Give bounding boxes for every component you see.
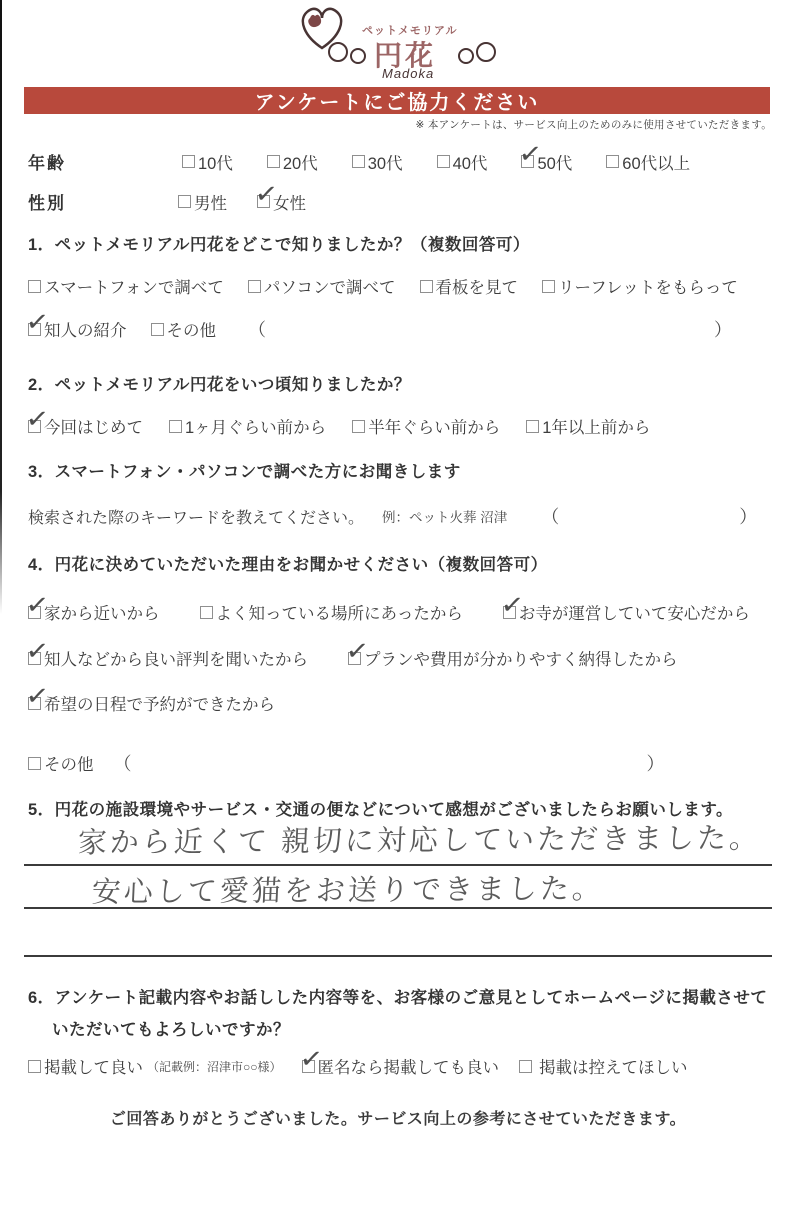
checkbox-icon[interactable] [437,155,450,168]
q2-option[interactable]: 1年以上前から [526,414,650,438]
checkbox-icon[interactable] [352,420,365,433]
handwritten-answer-line2: 安心して愛猫をお送りできました。 [91,866,605,911]
q1-option[interactable]: リーフレットをもらって [542,274,738,298]
checkbox-icon[interactable] [28,652,41,665]
q4-options-row2: 知人などから良い評判を聞いたから プランや費用が分かりやすく納得したから [28,646,678,670]
brand-roman: Madoka [382,66,434,81]
checkbox-icon[interactable] [28,1060,41,1073]
q6-title-line1: 6．アンケート記載内容やお話しした内容等を、お客様のご意見としてホームページに掲… [28,984,767,1008]
q6-options-row: 掲載して良い （記載例：沼津市○○様） 匿名なら掲載しても良い 掲載は控えてほし… [28,1054,688,1078]
open-paren: （ [541,503,559,529]
q1-option-other[interactable]: その他 [151,317,217,341]
close-paren: ） [714,316,732,342]
q3-example: 例：ペット火葬 沼津 [382,506,507,526]
open-paren: （ [248,316,266,342]
gender-option[interactable]: 女性 [257,190,306,214]
checkbox-icon[interactable] [267,155,280,168]
age-option[interactable]: 50代 [521,150,572,174]
banner: アンケートにご協力ください [24,87,770,114]
q3-row: 検索された際のキーワードを教えてください。 例：ペット火葬 沼津 （ ） [28,503,757,529]
checkbox-icon[interactable] [28,420,41,433]
q6-option[interactable]: 匿名なら掲載しても良い [302,1054,500,1078]
checkbox-icon[interactable] [28,697,41,710]
checkbox-icon[interactable] [348,652,361,665]
checkbox-icon[interactable] [28,757,41,770]
checkbox-icon[interactable] [28,606,41,619]
age-option[interactable]: 30代 [352,150,403,174]
q6-option[interactable]: 掲載は控えてほしい [519,1054,688,1078]
gender-row: 性別 男性 女性 [28,189,306,214]
q6-title-line2: いただいてもよろしいですか？ [52,1016,290,1040]
q4-option[interactable]: 希望の日程で予約ができたから [28,691,275,715]
q2-option[interactable]: 今回はじめて [28,414,143,438]
checkbox-icon[interactable] [519,1060,532,1073]
age-option[interactable]: 20代 [267,150,318,174]
checkbox-icon[interactable] [178,195,191,208]
q2-options-row: 今回はじめて 1ヶ月ぐらい前から 半年ぐらい前から 1年以上前から [28,414,650,438]
close-paren: ） [739,503,757,529]
q1-option[interactable]: スマートフォンで調べて [28,274,224,298]
age-row: 年齢 10代 20代 30代 40代 50代 60代以上 [28,149,690,174]
q4-option-other[interactable]: その他 [28,751,94,775]
q6-option-note: （記載例：沼津市○○様） [147,1058,282,1075]
handwritten-answer-line1: 家から近くて 親切に対応していただきました。 [77,816,762,862]
checkbox-icon[interactable] [28,323,41,336]
checkbox-icon[interactable] [182,155,195,168]
q2-title: 2．ペットメモリアル円花をいつ頃知りましたか？ [28,371,411,395]
checkbox-icon[interactable] [151,323,164,336]
usage-note: ※ 本アンケートは、サービス向上のためのみに使用させていただきます。 [416,117,772,132]
q4-options-row1: 家から近いから よく知っている場所にあったから お寺が運営していて安心だから [28,600,750,624]
checkbox-icon[interactable] [257,195,270,208]
q1-option[interactable]: 看板を見て [420,274,519,298]
q4-option[interactable]: プランや費用が分かりやすく納得したから [348,646,678,670]
q4-options-row3: 希望の日程で予約ができたから [28,691,275,715]
q3-title: 3．スマートフォン・パソコンで調べた方にお聞きします [28,458,461,482]
checkbox-icon[interactable] [352,155,365,168]
bone-swirl-icon [454,40,498,70]
q4-other-row: その他 （ ） [28,750,665,776]
scan-artifact-left-edge [0,0,2,614]
banner-title: アンケートにご協力ください [255,86,540,115]
q4-option[interactable]: 知人などから良い評判を聞いたから [28,646,308,670]
brand-logo: ペットメモリアル 円花 Madoka [278,6,518,82]
q1-title: 1．ペットメモリアル円花をどこで知りましたか？（複数回答可） [28,231,530,255]
checkbox-icon[interactable] [542,280,555,293]
q1-options-row2: 知人の紹介 その他 （ ） [28,316,732,342]
q1-option[interactable]: 知人の紹介 [28,317,127,341]
checkbox-icon[interactable] [248,280,261,293]
gender-label: 性別 [28,189,148,214]
q4-option[interactable]: 家から近いから [28,600,160,624]
answer-line[interactable] [24,955,772,957]
checkbox-icon[interactable] [420,280,433,293]
q6-option[interactable]: 掲載して良い （記載例：沼津市○○様） [28,1054,282,1078]
thanks-message: ご回答ありがとうございました。サービス向上の参考にさせていただきます。 [0,1106,796,1129]
survey-sheet: ペットメモリアル 円花 Madoka アンケートにご協力ください ※ 本アンケー… [0,0,796,1224]
bone-swirl-icon [326,40,370,70]
checkbox-icon[interactable] [28,280,41,293]
q4-option[interactable]: よく知っている場所にあったから [200,600,463,624]
q2-option[interactable]: 半年ぐらい前から [352,414,500,438]
q2-option[interactable]: 1ヶ月ぐらい前から [169,414,326,438]
q1-options-row1: スマートフォンで調べて パソコンで調べて 看板を見て リーフレットをもらって [28,274,738,298]
q4-option[interactable]: お寺が運営していて安心だから [503,600,750,624]
age-label: 年齢 [28,149,148,174]
checkbox-icon[interactable] [503,606,516,619]
answer-line[interactable] [24,864,772,866]
checkbox-icon[interactable] [169,420,182,433]
checkbox-icon[interactable] [606,155,619,168]
age-option[interactable]: 40代 [437,150,488,174]
checkbox-icon[interactable] [200,606,213,619]
close-paren: ） [647,750,665,776]
checkbox-icon[interactable] [521,155,534,168]
q4-title: 4．円花に決めていただいた理由をお聞かせください（複数回答可） [28,551,548,575]
checkbox-icon[interactable] [302,1060,315,1073]
gender-option[interactable]: 男性 [178,190,227,214]
age-option[interactable]: 10代 [182,150,233,174]
q3-prompt: 検索された際のキーワードを教えてください。 [28,505,364,528]
q1-option[interactable]: パソコンで調べて [248,274,396,298]
checkbox-icon[interactable] [526,420,539,433]
open-paren: （ [114,750,132,776]
age-option[interactable]: 60代以上 [606,150,690,174]
